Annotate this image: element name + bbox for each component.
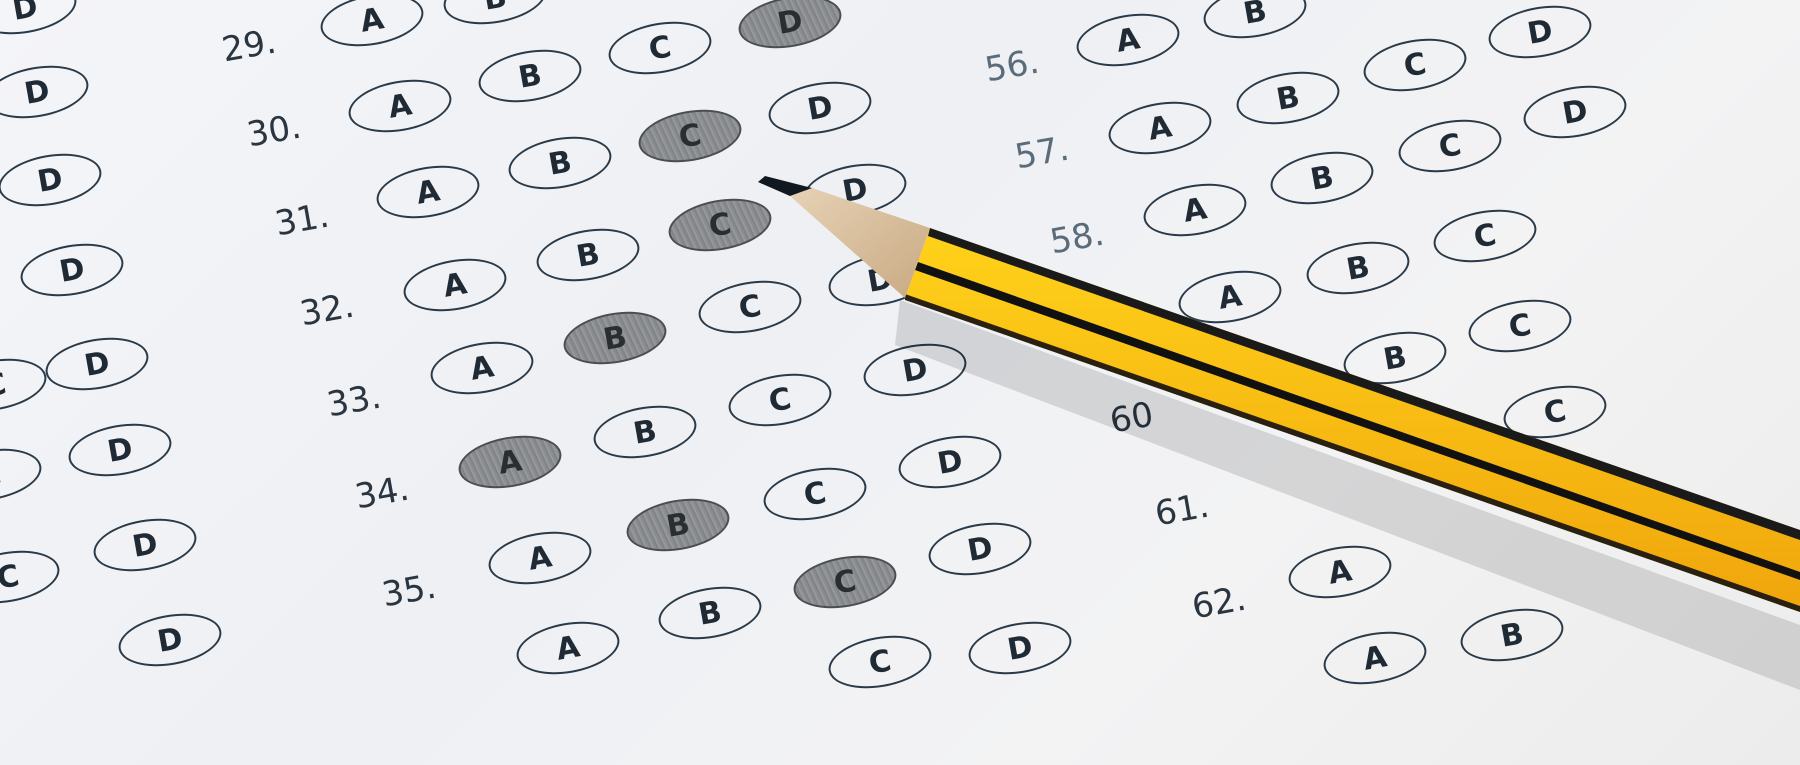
question-number: 57. [1012, 129, 1072, 178]
answer-bubble: C [824, 628, 935, 695]
answer-bubble-filled: C [634, 102, 745, 169]
answer-bubble: D [64, 416, 175, 483]
answer-bubble-filled: C [789, 548, 900, 615]
answer-bubble: C [0, 543, 64, 610]
answer-bubble: A [372, 158, 483, 225]
answer-bubble: D [1484, 0, 1595, 66]
answer-bubble: B [1339, 324, 1450, 391]
answer-bubble: A [1284, 538, 1395, 605]
answer-bubble: B [1302, 234, 1413, 301]
question-number: 33. [324, 377, 384, 426]
answer-bubble: D [41, 330, 152, 397]
question-number: 31. [272, 196, 332, 245]
answer-bubble: A [399, 251, 510, 318]
answer-bubble: C [759, 460, 870, 527]
answer-bubble: C [694, 273, 805, 340]
answer-bubble-filled: D [734, 0, 845, 56]
answer-bubble: B [1199, 0, 1310, 46]
answer-bubble: A [344, 72, 455, 139]
question-number: 56. [982, 42, 1042, 91]
question-number: 29. [219, 22, 279, 71]
answer-bubble: B [532, 221, 643, 288]
answer-bubble: B [439, 0, 550, 32]
answer-bubble: D [964, 614, 1075, 681]
answer-bubble: B [654, 579, 765, 646]
answer-bubble: C [1359, 31, 1470, 98]
answer-bubble: C [0, 351, 51, 418]
answer-bubble: D [0, 146, 106, 213]
answer-bubble-filled: B [622, 491, 733, 558]
answer-bubble: A [426, 334, 537, 401]
answer-bubble: A [1174, 263, 1285, 330]
answer-bubble: D [824, 246, 935, 313]
answer-bubble: A [484, 524, 595, 591]
question-number: 30. [244, 107, 304, 156]
question-number: 60 [1107, 395, 1157, 442]
answer-bubble: A [316, 0, 427, 54]
answer-bubble: D [1519, 78, 1630, 145]
answer-bubble: D [859, 336, 970, 403]
answer-bubble: B [1232, 64, 1343, 131]
answer-bubble: D [16, 236, 127, 303]
answer-bubble: D [924, 515, 1035, 582]
answer-bubble-filled: C [664, 191, 775, 258]
answer-bubble: C [1464, 292, 1575, 359]
answer-bubble: A [1104, 94, 1215, 161]
question-number: 58. [1047, 214, 1107, 263]
answer-bubble: D [89, 511, 200, 578]
answer-bubble: B [1456, 601, 1567, 668]
question-number: 34. [352, 469, 412, 518]
answer-bubble: D [114, 606, 225, 673]
answer-bubble: A [1319, 624, 1430, 691]
answer-bubble: C [0, 441, 46, 508]
answer-bubble: C [724, 366, 835, 433]
question-number: 61. [1152, 486, 1212, 535]
answer-bubble: C [1499, 378, 1610, 445]
answer-bubble-filled: B [559, 304, 670, 371]
answer-bubble: B [589, 398, 700, 465]
answer-bubble: D [894, 428, 1005, 495]
answer-bubble: C [604, 14, 715, 81]
answer-bubble: A [512, 614, 623, 681]
answer-bubble: A [1072, 6, 1183, 73]
question-number: 35. [379, 567, 439, 616]
answer-sheet: 29.30.31.32.33.34.35.56.57.58.6061.62.DD… [0, 0, 1800, 765]
answer-bubble: A [1139, 176, 1250, 243]
answer-bubble: B [474, 42, 585, 109]
answer-bubble: B [1379, 406, 1490, 473]
answer-bubble: D [764, 74, 875, 141]
answer-bubble: C [1394, 112, 1505, 179]
answer-bubble-filled: A [454, 428, 565, 495]
answer-bubble: D [0, 0, 81, 42]
answer-bubble: B [504, 129, 615, 196]
question-number: 62. [1189, 579, 1249, 628]
answer-bubble: D [799, 156, 910, 223]
answer-bubble: D [0, 58, 93, 125]
question-number: 32. [297, 286, 357, 335]
answer-bubble: C [1429, 202, 1540, 269]
answer-bubble: B [1266, 144, 1377, 211]
